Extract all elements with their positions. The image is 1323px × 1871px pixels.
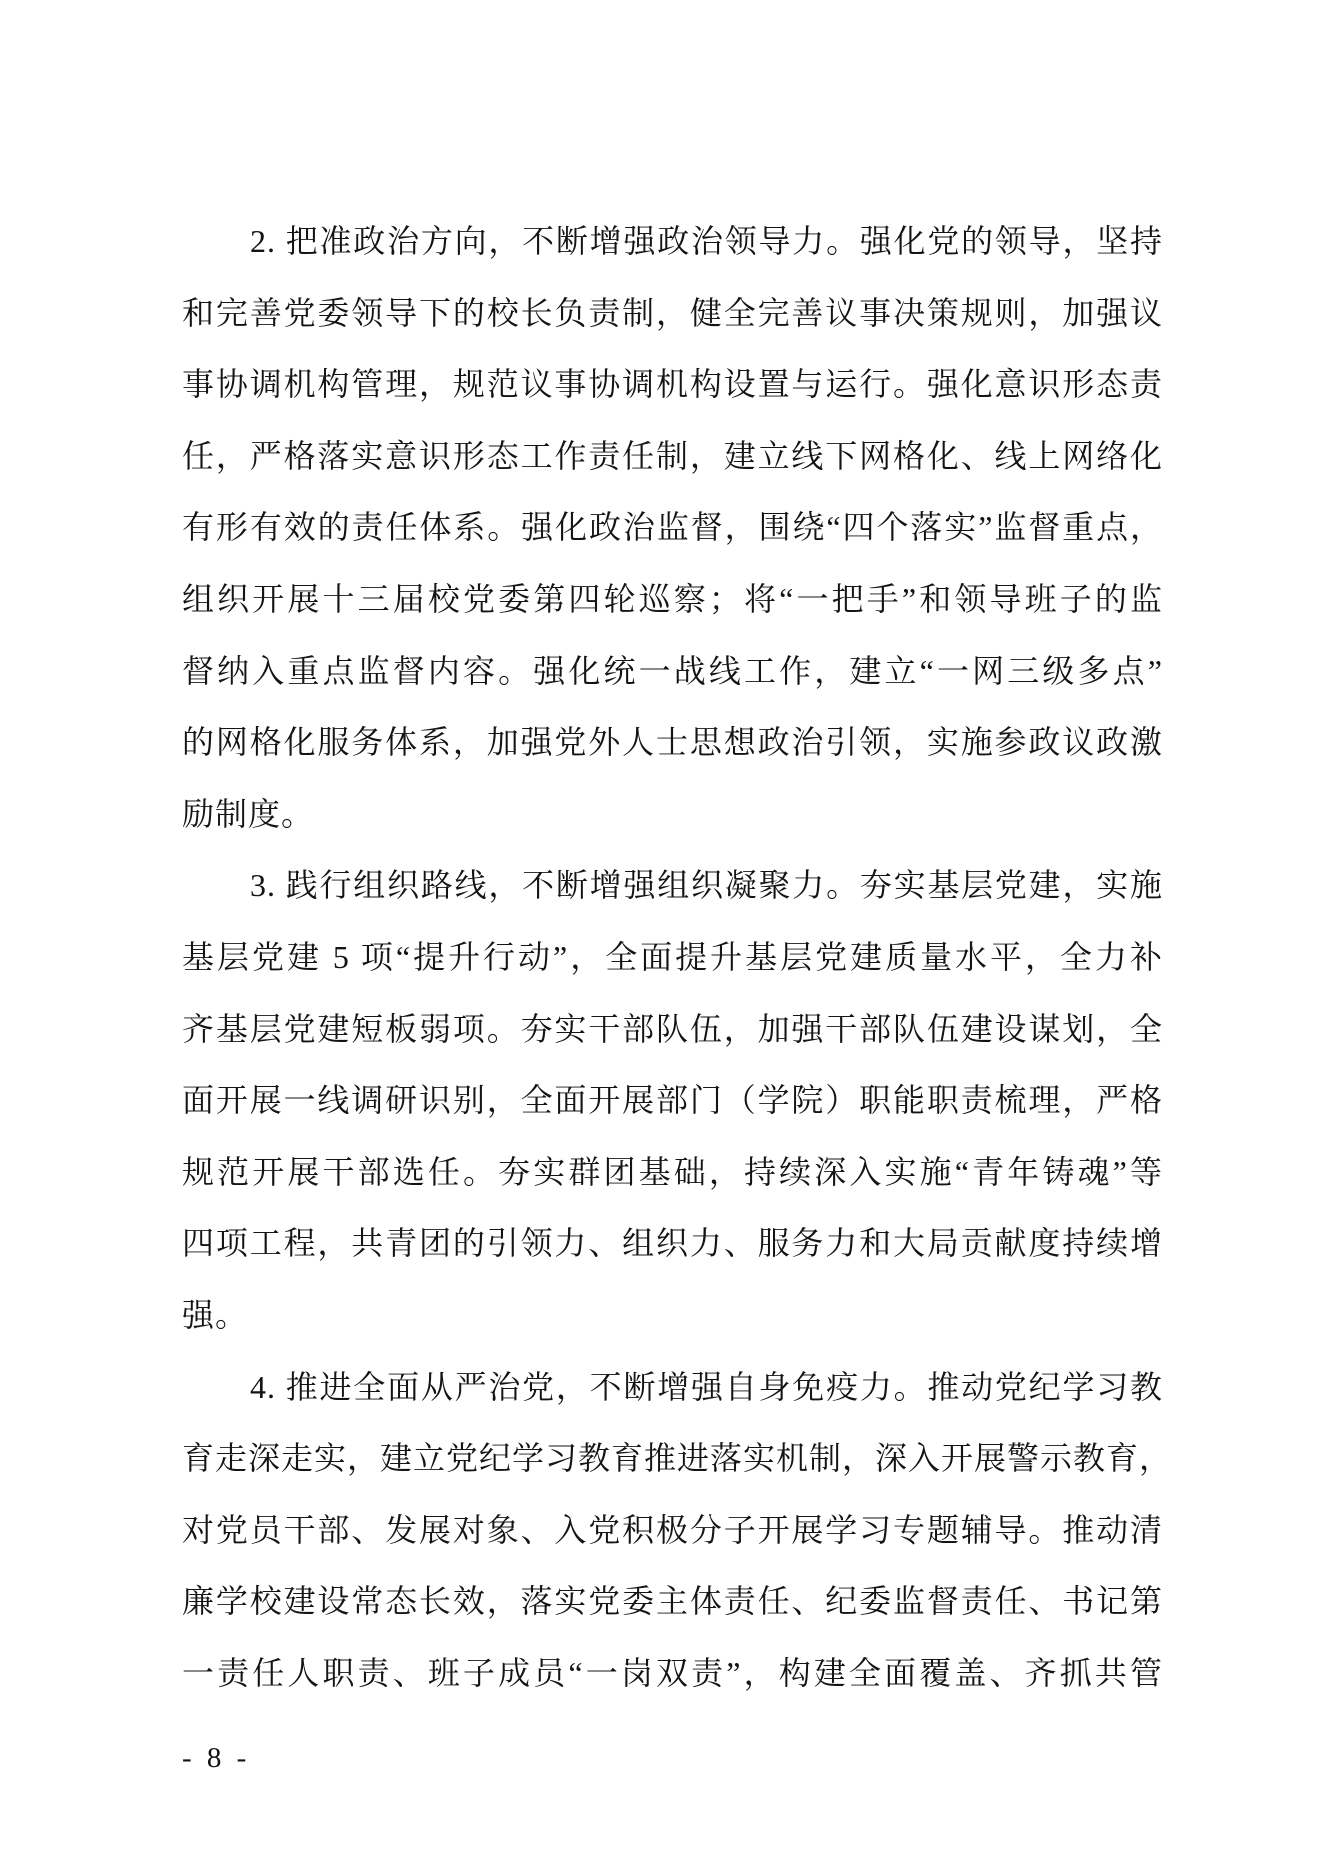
- paragraph-2: 2. 把准政治方向，不断增强政治领导力。强化党的领导，坚持 和完善党委领导下的校…: [182, 206, 1163, 850]
- text-line: 事协调机构管理，规范议事协调机构设置与运行。强化意识形态责: [182, 349, 1163, 421]
- text-line: 任，严格落实意识形态工作责任制，建立线下网格化、线上网络化: [182, 421, 1163, 493]
- page-footer: - 8 -: [182, 1738, 250, 1778]
- paragraph-4: 4. 推进全面从严治党，不断增强自身免疫力。推动党纪学习教 育走深走实，建立党纪…: [182, 1352, 1163, 1710]
- text-line: 育走深走实，建立党纪学习教育推进落实机制，深入开展警示教育，: [182, 1423, 1163, 1495]
- text-line: 对党员干部、发展对象、入党积极分子开展学习专题辅导。推动清: [182, 1495, 1163, 1567]
- document-body: 2. 把准政治方向，不断增强政治领导力。强化党的领导，坚持 和完善党委领导下的校…: [182, 206, 1163, 1709]
- text-line: 和完善党委领导下的校长负责制，健全完善议事决策规则，加强议: [182, 278, 1163, 350]
- text-line: 3. 践行组织路线，不断增强组织凝聚力。夯实基层党建，实施: [182, 850, 1163, 922]
- text-line: 的网格化服务体系，加强党外人士思想政治引领，实施参政议政激: [182, 707, 1163, 779]
- text-line: 廉学校建设常态长效，落实党委主体责任、纪委监督责任、书记第: [182, 1566, 1163, 1638]
- page-number: - 8 -: [182, 1742, 250, 1774]
- paragraph-3: 3. 践行组织路线，不断增强组织凝聚力。夯实基层党建，实施 基层党建 5 项“提…: [182, 850, 1163, 1351]
- document-page: 2. 把准政治方向，不断增强政治领导力。强化党的领导，坚持 和完善党委领导下的校…: [0, 0, 1323, 1871]
- text-line: 规范开展干部选任。夯实群团基础，持续深入实施“青年铸魂”等: [182, 1137, 1163, 1209]
- text-line: 面开展一线调研识别，全面开展部门（学院）职能职责梳理，严格: [182, 1065, 1163, 1137]
- text-line: 督纳入重点监督内容。强化统一战线工作，建立“一网三级多点”: [182, 636, 1163, 708]
- text-line: 齐基层党建短板弱项。夯实干部队伍，加强干部队伍建设谋划，全: [182, 994, 1163, 1066]
- text-line: 四项工程，共青团的引领力、组织力、服务力和大局贡献度持续增: [182, 1208, 1163, 1280]
- text-line: 2. 把准政治方向，不断增强政治领导力。强化党的领导，坚持: [182, 206, 1163, 278]
- text-line: 基层党建 5 项“提升行动”，全面提升基层党建质量水平，全力补: [182, 922, 1163, 994]
- text-line: 励制度。: [182, 779, 1163, 851]
- text-line: 有形有效的责任体系。强化政治监督，围绕“四个落实”监督重点，: [182, 492, 1163, 564]
- text-line: 一责任人职责、班子成员“一岗双责”，构建全面覆盖、齐抓共管: [182, 1638, 1163, 1710]
- text-line: 强。: [182, 1280, 1163, 1352]
- text-line: 4. 推进全面从严治党，不断增强自身免疫力。推动党纪学习教: [182, 1352, 1163, 1424]
- text-line: 组织开展十三届校党委第四轮巡察；将“一把手”和领导班子的监: [182, 564, 1163, 636]
